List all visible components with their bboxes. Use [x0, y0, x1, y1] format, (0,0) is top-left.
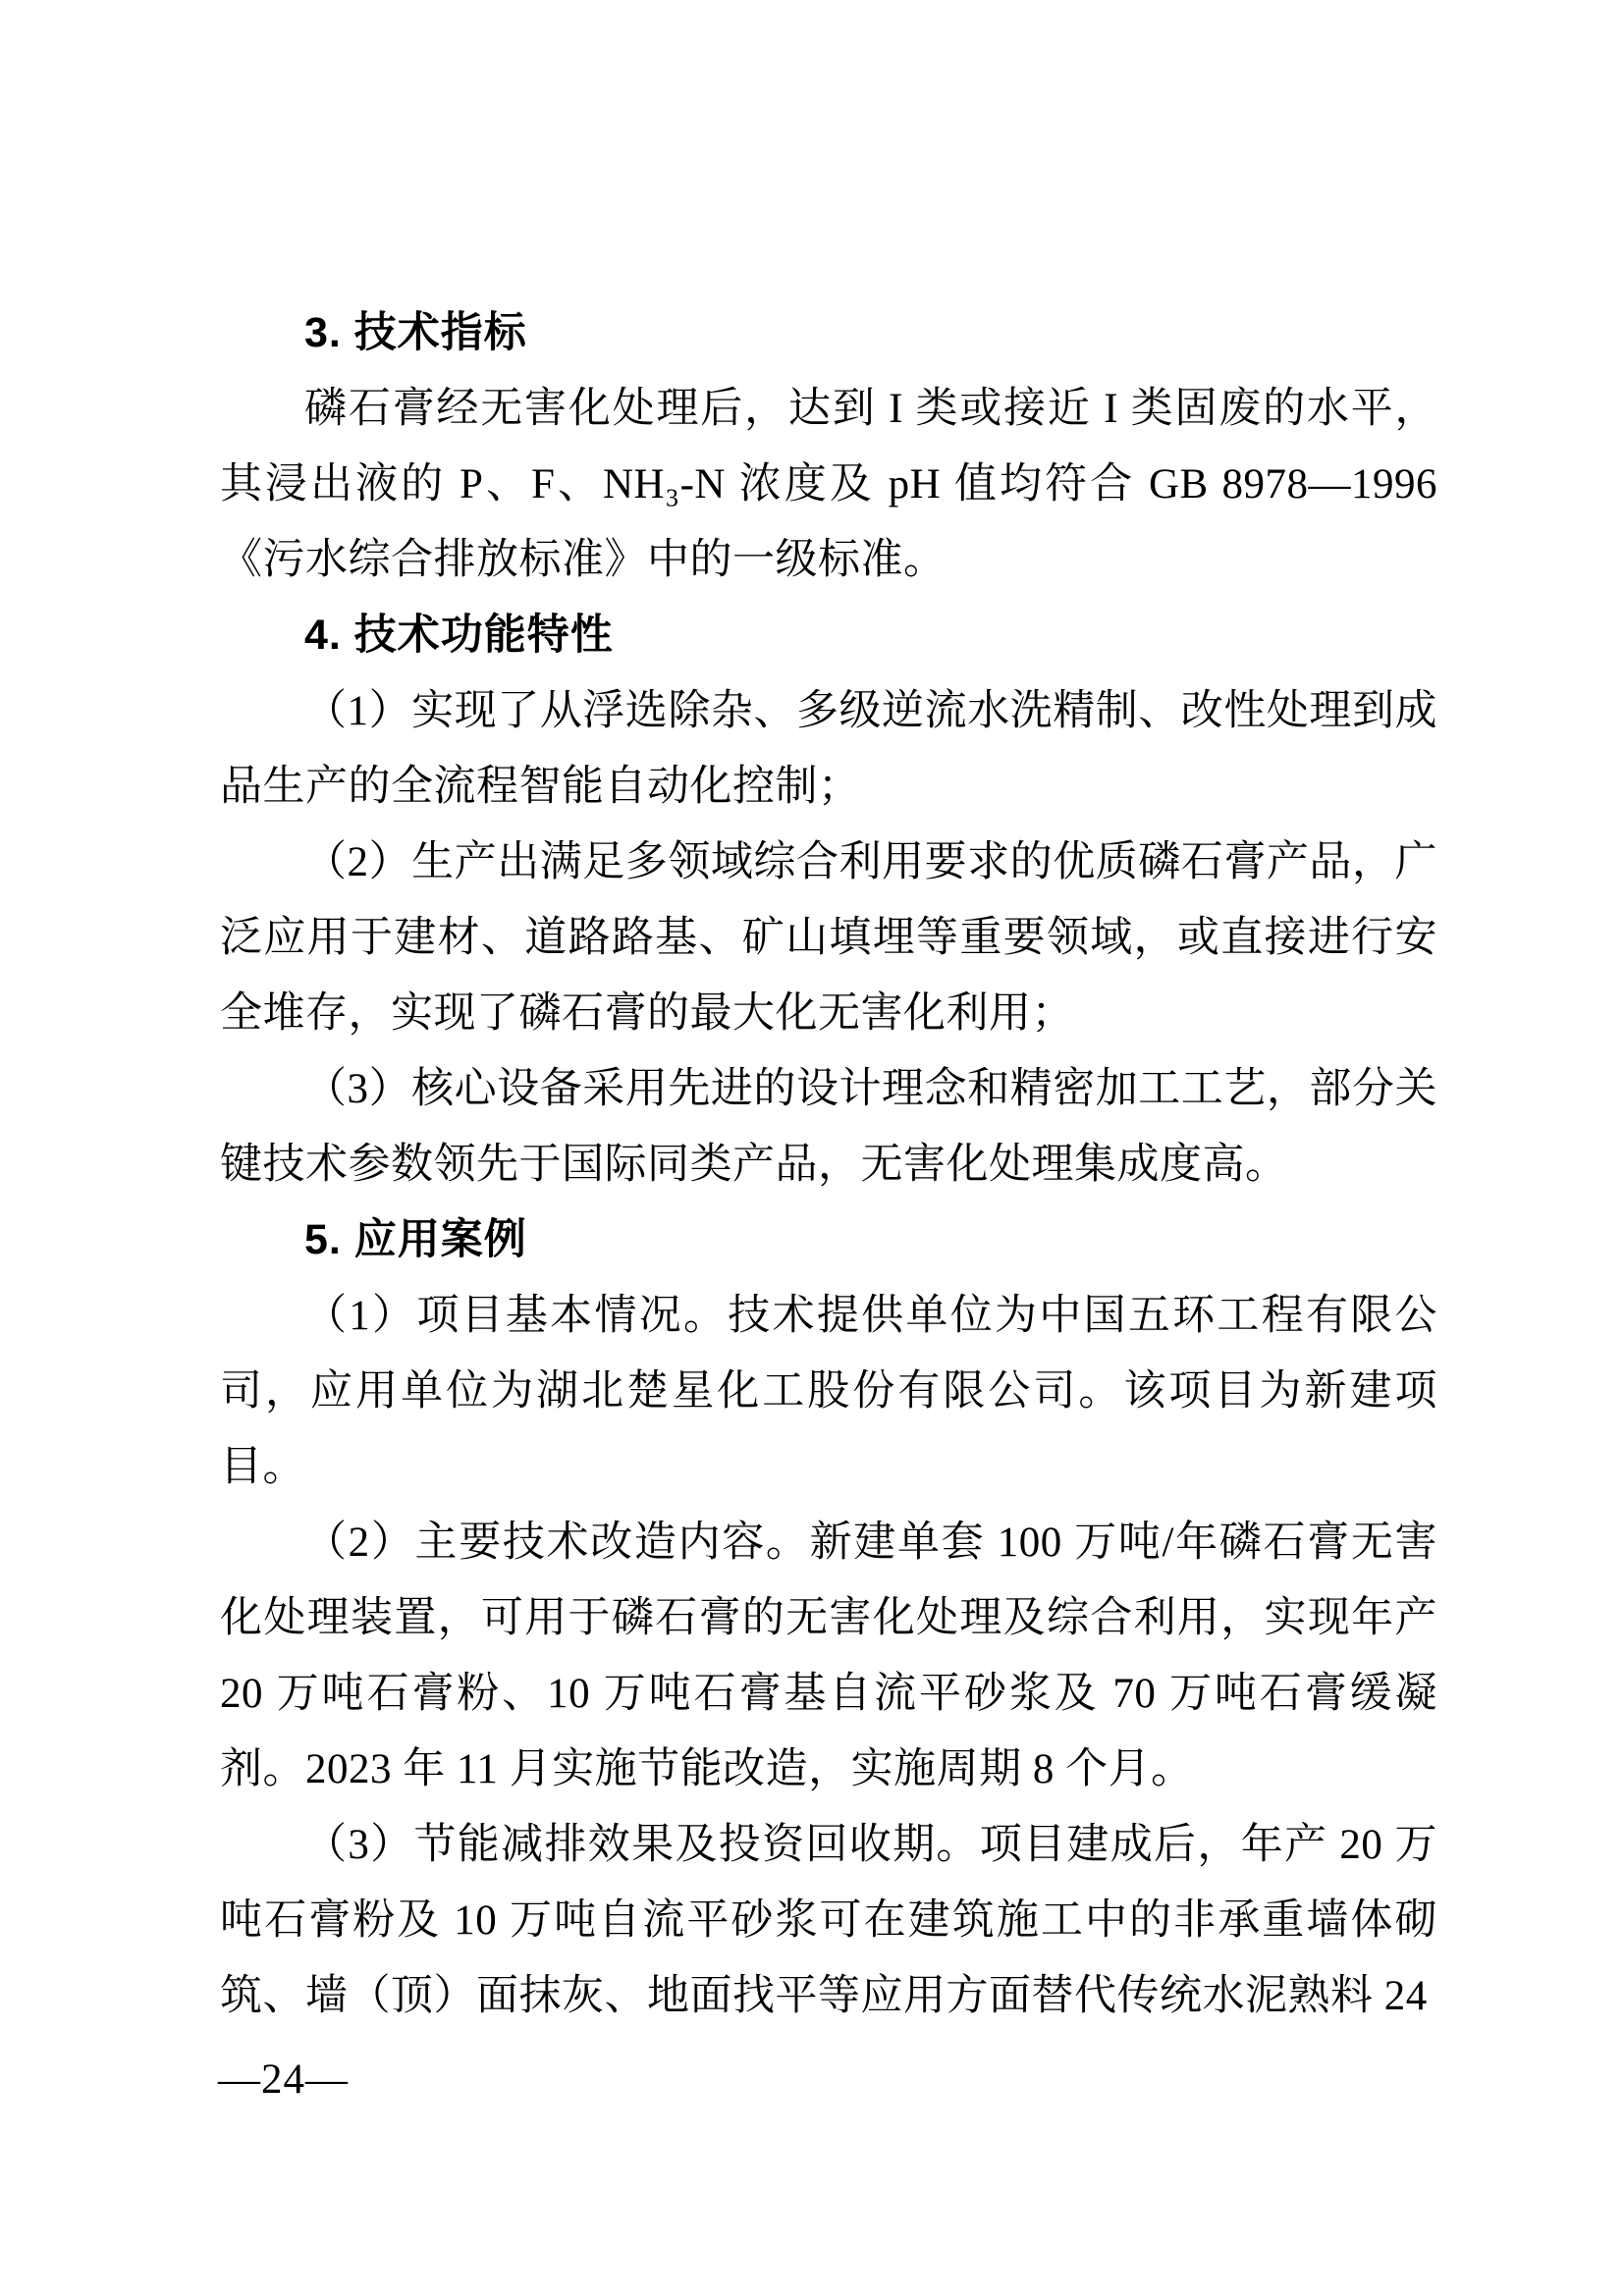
paragraph: （1）项目基本情况。技术提供单位为中国五环工程有限公司，应用单位为湖北楚星化工股…	[220, 1278, 1437, 1505]
section-heading: 4. 技术功能特性	[220, 598, 1437, 673]
paragraph: （3）核心设备采用先进的设计理念和精密加工工艺，部分关键技术参数领先于国际同类产…	[220, 1051, 1437, 1202]
document-section: 5. 应用案例 （1）项目基本情况。技术提供单位为中国五环工程有限公司，应用单位…	[220, 1202, 1437, 2034]
paragraph: 磷石膏经无害化处理后，达到 I 类或接近 I 类固废的水平，其浸出液的 P、F、…	[220, 371, 1437, 598]
paragraph: （3）节能减排效果及投资回收期。项目建成后，年产 20 万吨石膏粉及 10 万吨…	[220, 1807, 1437, 2034]
document-page: 3. 技术指标 磷石膏经无害化处理后，达到 I 类或接近 I 类固废的水平，其浸…	[0, 0, 1623, 2296]
paragraph: （2）生产出满足多领域综合利用要求的优质磷石膏产品，广泛应用于建材、道路路基、矿…	[220, 825, 1437, 1051]
page-number: —24—	[218, 2042, 349, 2117]
section-heading: 5. 应用案例	[220, 1202, 1437, 1278]
section-heading: 3. 技术指标	[220, 295, 1437, 371]
document-section: 4. 技术功能特性 （1）实现了从浮选除杂、多级逆流水洗精制、改性处理到成品生产…	[220, 598, 1437, 1202]
document-section: 3. 技术指标 磷石膏经无害化处理后，达到 I 类或接近 I 类固废的水平，其浸…	[220, 295, 1437, 598]
document-content: 3. 技术指标 磷石膏经无害化处理后，达到 I 类或接近 I 类固废的水平，其浸…	[220, 295, 1437, 2034]
paragraph: （1）实现了从浮选除杂、多级逆流水洗精制、改性处理到成品生产的全流程智能自动化控…	[220, 673, 1437, 825]
paragraph: （2）主要技术改造内容。新建单套 100 万吨/年磷石膏无害化处理装置，可用于磷…	[220, 1505, 1437, 1807]
